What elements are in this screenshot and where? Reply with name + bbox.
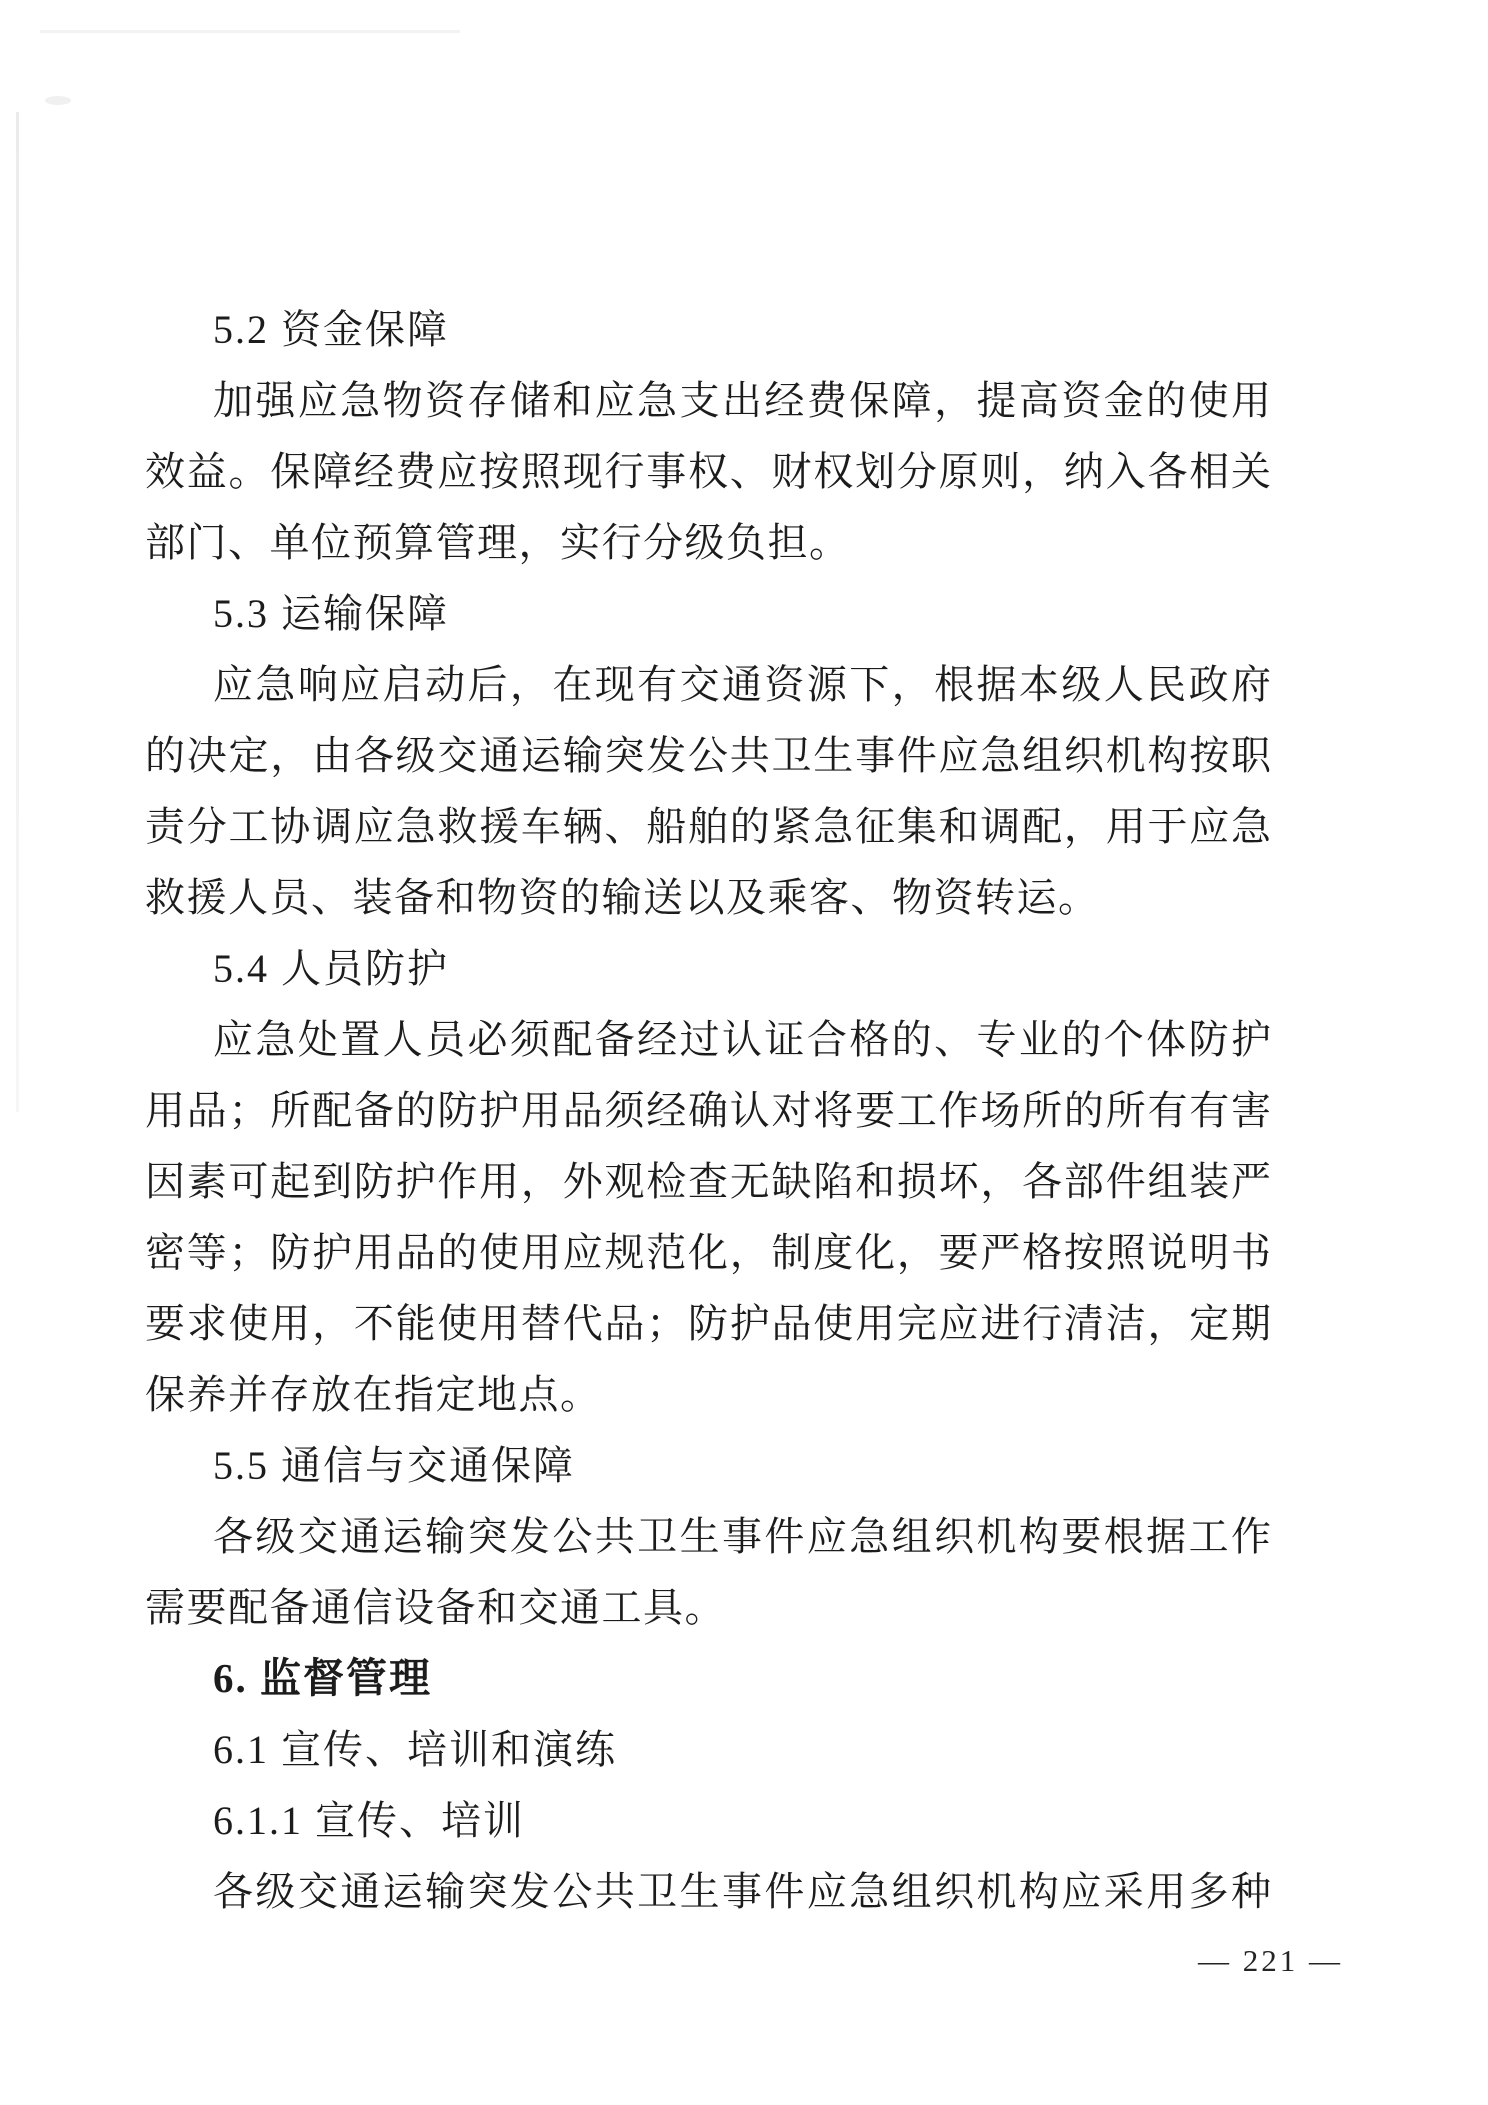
paragraph-5-2-line-3: 部门、单位预算管理，实行分级负担。	[145, 507, 1271, 578]
section-heading-5-3: 5.3 运输保障	[145, 578, 1271, 649]
section-heading-6-1: 6.1 宣传、培训和演练	[145, 1714, 1271, 1785]
paragraph-5-3-line-3: 责分工协调应急救援车辆、船舶的紧急征集和调配，用于应急	[145, 791, 1271, 862]
paragraph-5-4-line-1: 应急处置人员必须配备经过认证合格的、专业的个体防护	[145, 1004, 1271, 1075]
paragraph-5-3-line-1: 应急响应启动后，在现有交通资源下，根据本级人民政府	[145, 649, 1271, 720]
section-heading-5-2: 5.2 资金保障	[145, 294, 1271, 365]
section-heading-5-4: 5.4 人员防护	[145, 933, 1271, 1004]
paragraph-5-5-line-2: 需要配备通信设备和交通工具。	[145, 1572, 1271, 1643]
paragraph-5-4-line-4: 密等；防护用品的使用应规范化，制度化，要严格按照说明书	[145, 1217, 1271, 1288]
scan-smudge-artifact	[45, 96, 71, 105]
section-heading-6-1-1: 6.1.1 宣传、培训	[145, 1785, 1271, 1856]
paragraph-5-5-line-1: 各级交通运输突发公共卫生事件应急组织机构要根据工作	[145, 1501, 1271, 1572]
section-heading-5-5: 5.5 通信与交通保障	[145, 1430, 1271, 1501]
paragraph-5-3-line-2: 的决定，由各级交通运输突发公共卫生事件应急组织机构按职	[145, 720, 1271, 791]
document-page: 5.2 资金保障 加强应急物资存储和应急支出经费保障，提高资金的使用 效益。保障…	[0, 0, 1488, 2105]
scan-streak-artifact	[40, 30, 460, 33]
page-number: — 221 —	[1198, 1941, 1343, 1981]
paragraph-5-4-line-6: 保养并存放在指定地点。	[145, 1359, 1271, 1430]
paragraph-5-2-line-2: 效益。保障经费应按照现行事权、财权划分原则，纳入各相关	[145, 436, 1271, 507]
paragraph-5-2-line-1: 加强应急物资存储和应急支出经费保障，提高资金的使用	[145, 365, 1271, 436]
scan-edge-artifact	[16, 112, 19, 1112]
section-heading-6: 6. 监督管理	[145, 1643, 1271, 1714]
paragraph-5-4-line-3: 因素可起到防护作用，外观检查无缺陷和损坏，各部件组装严	[145, 1146, 1271, 1217]
paragraph-5-3-line-4: 救援人员、装备和物资的输送以及乘客、物资转运。	[145, 862, 1271, 933]
paragraph-5-4-line-2: 用品；所配备的防护用品须经确认对将要工作场所的所有有害	[145, 1075, 1271, 1146]
page-content: 5.2 资金保障 加强应急物资存储和应急支出经费保障，提高资金的使用 效益。保障…	[145, 294, 1271, 1927]
paragraph-5-4-line-5: 要求使用，不能使用替代品；防护品使用完应进行清洁，定期	[145, 1288, 1271, 1359]
paragraph-6-1-1-line-1: 各级交通运输突发公共卫生事件应急组织机构应采用多种	[145, 1856, 1271, 1927]
